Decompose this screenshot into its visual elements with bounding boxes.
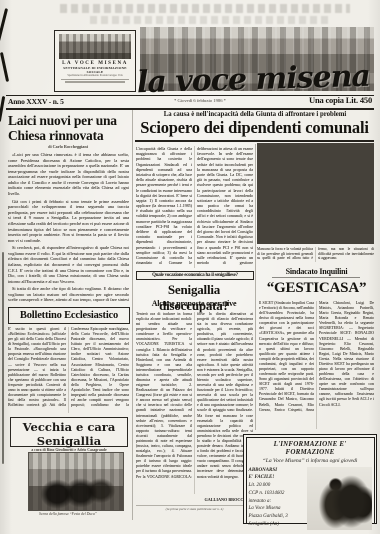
- logo-etching-image: [59, 34, 131, 59]
- issue-number: Anno XXXV - n. 5: [8, 97, 64, 106]
- ad-line: Piazza Garibaldi, 3: [249, 513, 307, 521]
- ad-line: La Voce Misena: [249, 505, 307, 513]
- logo-fine-print: Spedizione in Abbonamento Postale Gruppo…: [55, 74, 135, 78]
- bleed-through-text: [60, 4, 350, 13]
- logo-subtitle: SETTIMANALE DI INFORMAZIONE SOCIALE: [55, 66, 135, 74]
- divider: [6, 108, 374, 110]
- vecchia-title: Vecchia e cara Senigallia: [11, 420, 127, 448]
- fountain-photo-caption: Mancano la forza e la volontà politica d…: [257, 247, 374, 262]
- gesticasa-kicker: Sindacato Inquilini: [259, 267, 374, 276]
- bollettino-headline-box: Bollettino Ecclesiastico: [8, 307, 130, 324]
- laici-article-text: «Laici per una Chiesa rinnovata» è il te…: [8, 152, 129, 304]
- bollettino-article-text: E' uscito in questi giorni il «Bollettin…: [8, 327, 129, 413]
- sciopero-col2: In sede dell'esame dell'argomento si son…: [197, 146, 253, 265]
- ad-line: Senigallia (An): [249, 521, 307, 529]
- scan-edge-line: [2, 252, 4, 464]
- column-divider: [132, 110, 133, 520]
- scan-edge-mark: [0, 8, 8, 42]
- senigallia-kicker-box: Quale vocazione economica ha il senigall…: [136, 271, 254, 280]
- ad-line: Lit. 20.000: [249, 482, 307, 490]
- logo-fine-print-line: [61, 79, 129, 81]
- vecchia-title-box: Vecchia e cara Senigallia a cura di Rino…: [10, 417, 128, 447]
- ad-line: E' FACILE!: [249, 474, 307, 482]
- paragraph: Si tratta di dire anche che tipo di laic…: [8, 286, 129, 304]
- sciopero-article-text: L'incapacità della Giunta e della maggio…: [136, 146, 253, 268]
- masthead-panorama-photo: la voce misena: [140, 27, 374, 91]
- parade-photo: [28, 452, 124, 511]
- subscription-ad-inner: L'INFORMAZIONE E' FORMAZIONE “La Voce Mi…: [246, 437, 375, 524]
- ad-title: L'INFORMAZIONE E' FORMAZIONE: [249, 440, 372, 456]
- laici-byline: di Carlo Roccheggiani: [8, 144, 128, 149]
- paragraph: Già con i primi di febbraio si sono tenu…: [8, 199, 129, 244]
- senigallia-headline: Senigallia disoccupata?: [135, 282, 253, 314]
- senigallia-signature: GALLIANO BROCCHINI: [136, 497, 253, 502]
- gesticasa-headline: “GESTICASA”: [259, 280, 374, 297]
- sciopero-headline: Sciopero dei dipendenti comunali: [135, 119, 374, 136]
- bleed-through-text: [90, 16, 330, 24]
- senigallia-article-text: Tenterò ora di tradurre in forma esplici…: [136, 312, 253, 494]
- scan-edge-mark: [0, 52, 9, 82]
- masthead-logo-box: LA VOCE MISENA SETTIMANALE DI INFORMAZIO…: [54, 30, 136, 92]
- copy-price: Una copia Lit. 450: [309, 95, 372, 105]
- headline-rule: [135, 140, 374, 142]
- scan-edge-mark: [0, 96, 5, 122]
- sciopero-kicker: La causa è nell'incapacità della Giunta …: [136, 111, 374, 118]
- issue-date: * Giovedì 6 febbraio 1986 *: [120, 98, 280, 103]
- laici-headline: Laici nuovi per una Chiesa rinnovata: [8, 113, 130, 143]
- ad-subtitle: “La Voce Misena” ti informa ogni giovedì: [249, 458, 372, 464]
- paragraph: Si cercherà, poi, di rispondere all'inte…: [8, 245, 129, 284]
- divider: [272, 277, 360, 278]
- ad-line: intestato a:: [249, 498, 307, 506]
- paragraph: «Laici per una Chiesa rinnovata» è il te…: [8, 152, 129, 197]
- senigallia-subhead: Alcune proposte operative: [135, 299, 253, 308]
- fountain-photo: [257, 143, 374, 244]
- logo-fine-print-line: [65, 81, 125, 83]
- senigallia-kicker: Quale vocazione economica ha il senigall…: [137, 273, 253, 278]
- ad-line: ABBONARSI: [249, 467, 307, 475]
- parade-photo-caption: Scena della famosa “Festa del Duca”: [8, 512, 128, 516]
- bollettino-headline: Bollettino Ecclesiastico: [9, 310, 129, 321]
- gesticasa-article-text: Il SICET (Sindacato Inquilini Casa e Ter…: [259, 301, 374, 429]
- newspaper-page: LA VOCE MISENA SETTIMANALE DI INFORMAZIO…: [0, 0, 380, 534]
- ad-readers-illustration: [307, 467, 372, 530]
- column-divider: [255, 144, 256, 430]
- subscription-ad-box: L'INFORMAZIONE E' FORMAZIONE “La Voce Mi…: [243, 434, 377, 524]
- ad-line: CCP n. 10314602: [249, 490, 307, 498]
- senigallia-footnote: (la prima parte è stata pubblicata sul n…: [136, 505, 253, 511]
- ad-subscribe-info: ABBONARSI E' FACILE! Lit. 20.000 CCP n. …: [249, 467, 307, 530]
